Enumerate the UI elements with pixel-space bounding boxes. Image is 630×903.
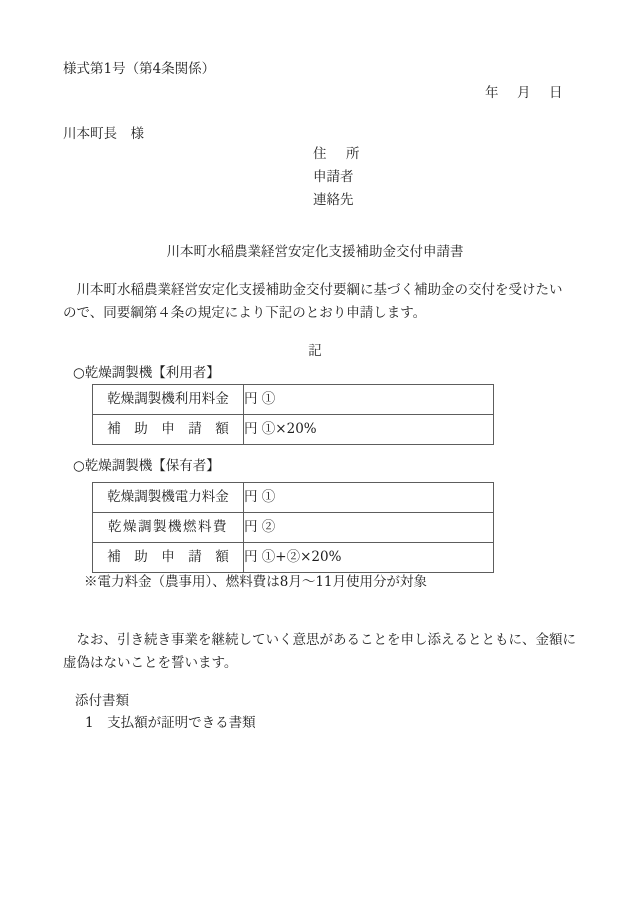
row-value: 円 ①×20% <box>244 415 494 445</box>
body-paragraph-line-1: 川本町水稲農業経営安定化支援補助金交付要綱に基づく補助金の交付を受けたい <box>63 279 563 302</box>
section-user-heading: ○乾燥調製機【利用者】 <box>73 362 220 385</box>
table-row: 乾燥調製機利用料金 円 ① <box>93 385 494 415</box>
document-title: 川本町水稲農業経営安定化支援補助金交付申請書 <box>0 241 630 264</box>
row-label: 乾燥調製機利用料金 <box>93 385 244 415</box>
applicant-label: 申請者 <box>313 166 363 189</box>
body-paragraph: 川本町水稲農業経営安定化支援補助金交付要綱に基づく補助金の交付を受けたい ので、… <box>63 279 563 325</box>
contact-label: 連絡先 <box>313 189 363 212</box>
table-row: 補 助 申 請 額 円 ①×20% <box>93 415 494 445</box>
section-owner-heading: ○乾燥調製機【保有者】 <box>73 455 220 478</box>
body-paragraph-line-2: ので、同要綱第４条の規定により下記のとおり申請します。 <box>63 302 563 325</box>
applicant-block: 住 所 申請者 連絡先 <box>313 143 363 212</box>
row-value: 円 ① <box>244 483 494 513</box>
attachments-heading: 添付書類 <box>75 690 129 713</box>
attachment-item: 1 支払額が証明できる書類 <box>85 712 256 735</box>
row-value: 円 ①+②×20% <box>244 543 494 573</box>
closing-paragraph-line-2: 虚偽はないことを誓います。 <box>63 652 576 675</box>
row-label: 補 助 申 請 額 <box>93 543 244 573</box>
row-label: 補 助 申 請 額 <box>93 415 244 445</box>
ki-label: 記 <box>0 340 630 363</box>
document-page: { "document": { "form_number": "様式第1号（第4… <box>0 0 630 903</box>
table-row: 乾燥調製機燃料費 円 ② <box>93 513 494 543</box>
address-label: 住 所 <box>313 143 363 166</box>
table-row: 補 助 申 請 額 円 ①+②×20% <box>93 543 494 573</box>
addressee: 川本町長 様 <box>63 123 144 146</box>
table-note: ※電力料金（農事用）、燃料費は8月～11月使用分が対象 <box>84 571 427 594</box>
row-value: 円 ② <box>244 513 494 543</box>
form-number: 様式第1号（第4条関係） <box>63 58 215 81</box>
row-label: 乾燥調製機電力料金 <box>93 483 244 513</box>
date-line: 年 月 日 <box>485 82 565 105</box>
table-row: 乾燥調製機電力料金 円 ① <box>93 483 494 513</box>
fee-table-user: 乾燥調製機利用料金 円 ① 補 助 申 請 額 円 ①×20% <box>92 384 494 445</box>
closing-paragraph: なお、引き続き事業を継続していく意思があることを申し添えるとともに、金額に 虚偽… <box>63 629 576 675</box>
row-label: 乾燥調製機燃料費 <box>93 513 244 543</box>
closing-paragraph-line-1: なお、引き続き事業を継続していく意思があることを申し添えるとともに、金額に <box>63 629 576 652</box>
row-value: 円 ① <box>244 385 494 415</box>
fee-table-owner: 乾燥調製機電力料金 円 ① 乾燥調製機燃料費 円 ② 補 助 申 請 額 円 ①… <box>92 482 494 573</box>
